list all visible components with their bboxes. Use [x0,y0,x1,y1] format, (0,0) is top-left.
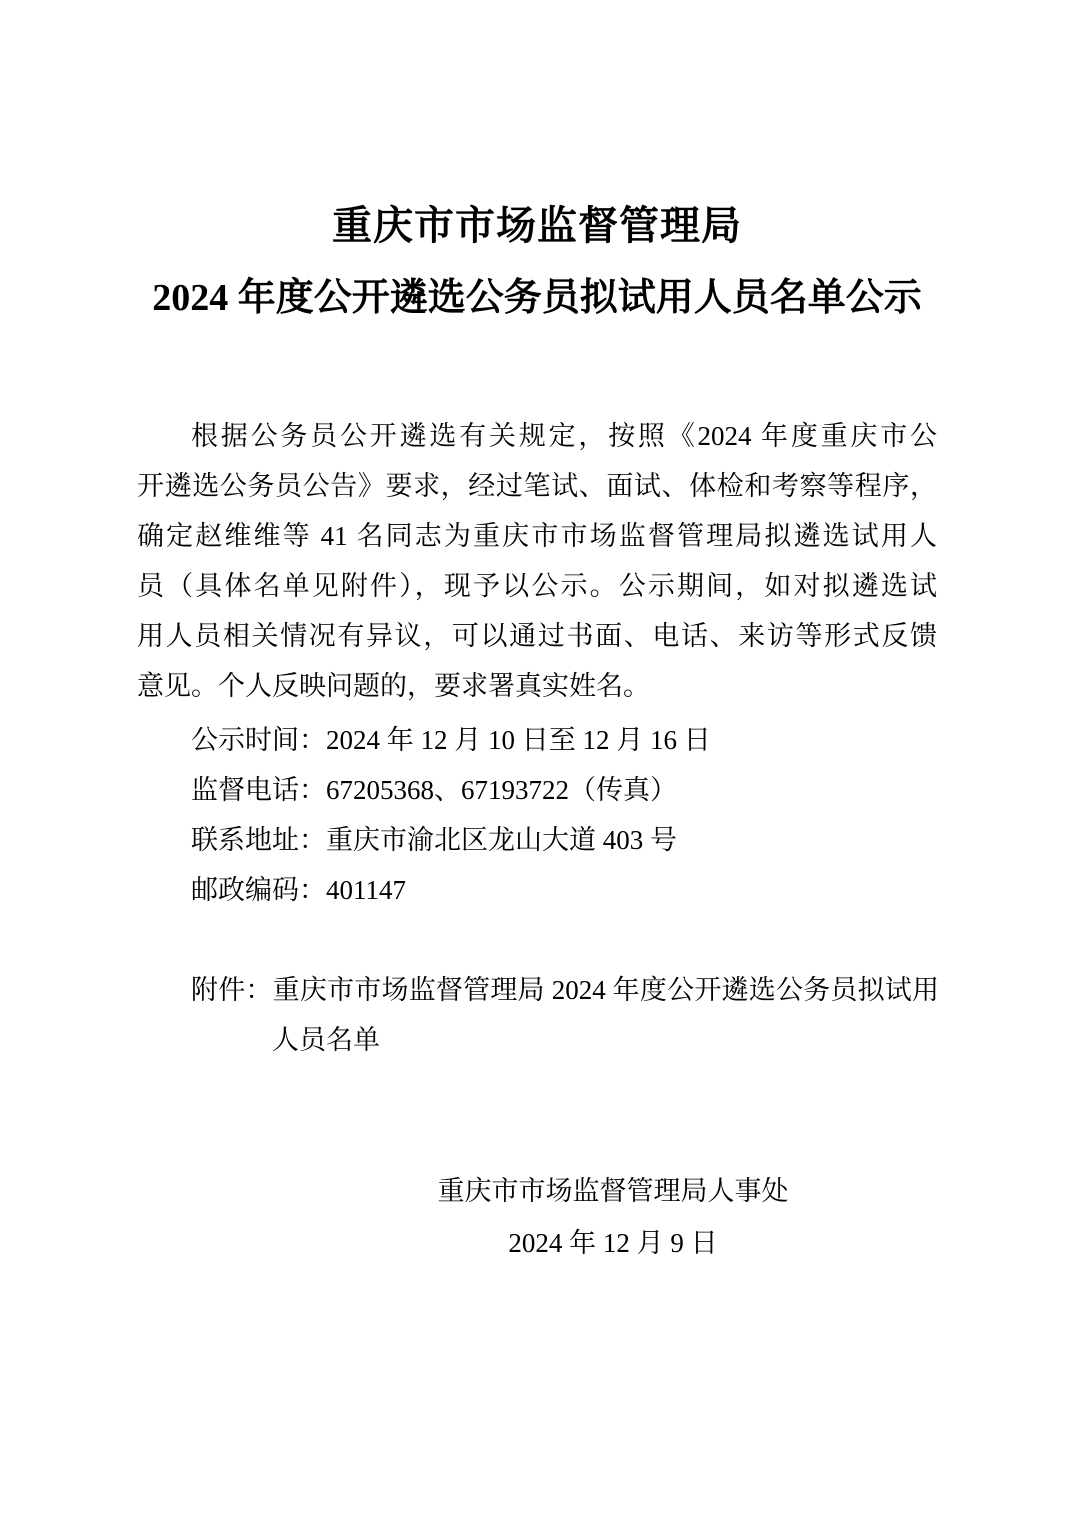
paragraph-line: 用人员相关情况有异议，可以通过书面、电话、来访等形式反馈 [137,611,937,661]
attachment-label: 附件： [191,975,273,1005]
detail-label: 监督电话： [191,775,326,805]
paragraph-line: 根据公务员公开遴选有关规定，按照《2024 年度重庆市公 [137,411,937,461]
attachment-text: 重庆市市场监督管理局 2024 年度公开遴选公务员拟试用人员名单 [272,975,939,1055]
detail-label: 公示时间： [191,725,326,755]
detail-label: 邮政编码： [191,875,326,905]
document-content: 重庆市市场监督管理局 2024 年度公开遴选公务员拟试用人员名单公示 根据公务员… [137,0,937,1269]
detail-line-postal-code: 邮政编码：401147 [137,865,937,915]
detail-value: 67205368、67193722（传真） [326,775,677,805]
detail-value: 401147 [326,875,406,905]
detail-line-contact-address: 联系地址：重庆市渝北区龙山大道 403 号 [137,815,937,865]
attachment-line: 附件：重庆市市场监督管理局 2024 年度公开遴选公务员拟试用人员名单 [191,965,939,1065]
document-page: 重庆市市场监督管理局 2024 年度公开遴选公务员拟试用人员名单公示 根据公务员… [0,0,1074,1520]
paragraph-line: 确定赵维维等 41 名同志为重庆市市场监督管理局拟遴选试用人 [137,511,937,561]
detail-line-supervision-phone: 监督电话：67205368、67193722（传真） [137,765,937,815]
body-paragraph: 根据公务员公开遴选有关规定，按照《2024 年度重庆市公 开遴选公务员公告》要求… [137,411,937,711]
document-title-line2: 2024 年度公开遴选公务员拟试用人员名单公示 [137,275,937,321]
signature-date: 2024 年 12 月 9 日 [423,1217,803,1269]
detail-value: 2024 年 12 月 10 日至 12 月 16 日 [326,725,711,755]
detail-list: 公示时间：2024 年 12 月 10 日至 12 月 16 日 监督电话：67… [137,715,937,915]
detail-value: 重庆市渝北区龙山大道 403 号 [326,825,677,855]
paragraph-line: 意见。个人反映问题的，要求署真实姓名。 [137,661,937,711]
detail-label: 联系地址： [191,825,326,855]
document-title-line1: 重庆市市场监督管理局 [137,203,937,249]
paragraph-line: 开遴选公务员公告》要求，经过笔试、面试、体检和考察等程序， [137,461,937,511]
detail-line-publicity-period: 公示时间：2024 年 12 月 10 日至 12 月 16 日 [137,715,937,765]
signature-org: 重庆市市场监督管理局人事处 [423,1165,803,1217]
signature-block: 重庆市市场监督管理局人事处 2024 年 12 月 9 日 [423,1165,803,1269]
paragraph-line: 员（具体名单见附件），现予以公示。公示期间，如对拟遴选试 [137,561,937,611]
